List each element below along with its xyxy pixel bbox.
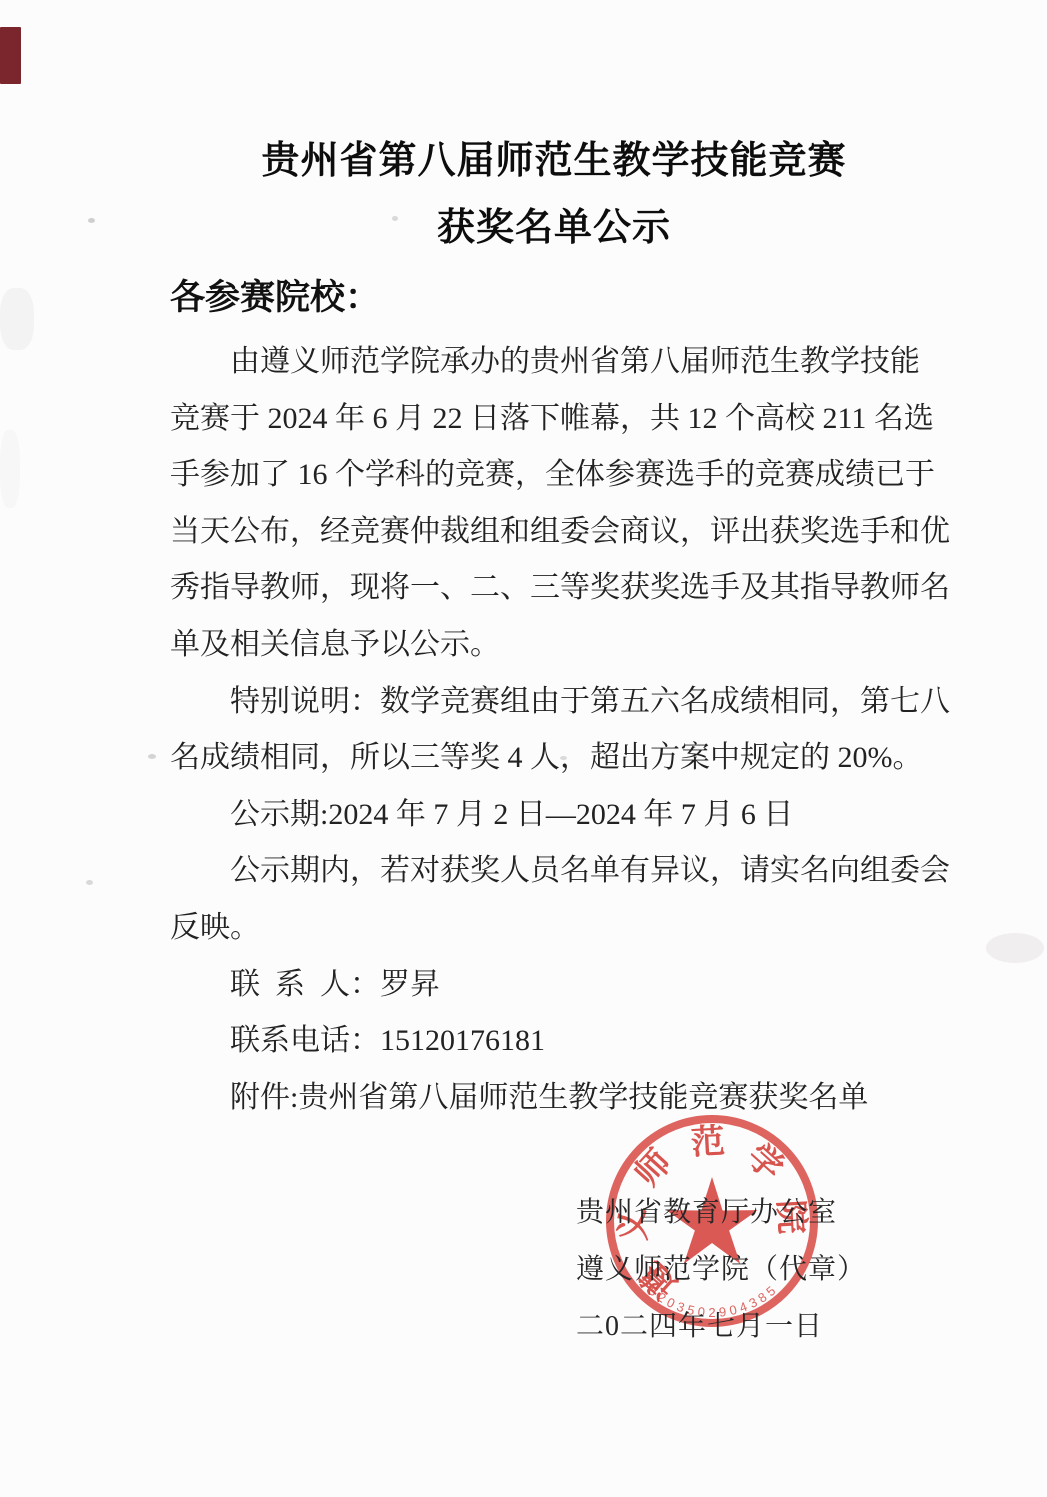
body-line: 公示期:2024 年 7 月 2 日—2024 年 7 月 6 日: [170, 787, 950, 844]
document-body: 由遵义师范学院承办的贵州省第八届师范生教学技能 竞赛于 2024 年 6 月 2…: [170, 334, 950, 1126]
scan-smudge: [0, 288, 34, 350]
scan-corner-mark: [0, 27, 21, 84]
scan-speckle: [88, 218, 95, 223]
body-line: 附件:贵州省第八届师范生教学技能竞赛获奖名单: [170, 1070, 950, 1127]
announcement-document-page: 贵州省第八届师范生教学技能竞赛 获奖名单公示 各参赛院校： 由遵义师范学院承办的…: [0, 0, 1047, 1497]
body-line: 手参加了 16 个学科的竞赛，全体参赛选手的竞赛成绩已于: [170, 447, 950, 504]
scan-speckle: [148, 754, 156, 759]
issuing-college-line: 遵义师范学院（代章）: [576, 1241, 906, 1298]
body-line: 竞赛于 2024 年 6 月 22 日落下帷幕，共 12 个高校 211 名选: [170, 391, 950, 448]
body-line: 特别说明：数学竞赛组由于第五六名成绩相同，第七八: [170, 674, 950, 731]
body-line: 名成绩相同，所以三等奖 4 人，超出方案中规定的 20%。: [170, 730, 950, 787]
scan-smudge: [986, 933, 1044, 963]
body-line: 反映。: [170, 900, 950, 957]
body-line: 由遵义师范学院承办的贵州省第八届师范生教学技能: [170, 334, 950, 391]
body-line: 秀指导教师，现将一、二、三等奖获奖选手及其指导教师名: [170, 560, 950, 617]
body-line: 公示期内，若对获奖人员名单有异议，请实名向组委会: [170, 843, 950, 900]
body-line: 当天公布，经竞赛仲裁组和组委会商议，评出获奖选手和优: [170, 504, 950, 561]
svg-text:范: 范: [690, 1122, 726, 1162]
scan-smudge: [0, 430, 20, 508]
body-line: 联系电话：15120176181: [170, 1013, 950, 1070]
body-line: 联 系 人：罗昇: [170, 957, 950, 1014]
scan-speckle: [86, 880, 93, 885]
issuing-office-line: 贵州省教育厅办公室: [576, 1184, 906, 1241]
issue-date-line: 二0二四年七月一日: [576, 1298, 906, 1355]
document-title-line1: 贵州省第八届师范生教学技能竞赛: [170, 138, 938, 184]
signature-block: 贵州省教育厅办公室 遵义师范学院（代章） 二0二四年七月一日: [576, 1184, 906, 1355]
body-line: 单及相关信息予以公示。: [170, 617, 950, 674]
document-title-line2: 获奖名单公示: [170, 205, 938, 251]
salutation: 各参赛院校：: [170, 276, 380, 320]
